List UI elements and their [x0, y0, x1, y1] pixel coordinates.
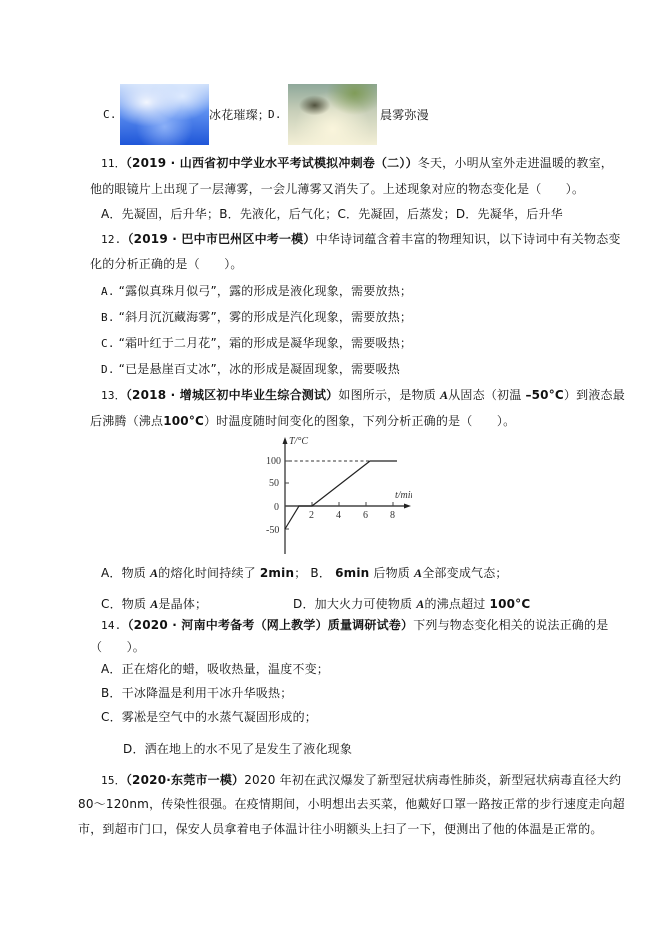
q13-number: 13．	[101, 389, 126, 402]
q10-option-c-label: C.	[103, 107, 117, 123]
temperature-time-chart: T/°C 100 50 0 -50 2 4 6 8 t/min	[252, 432, 412, 557]
q13-option-b-substance: A	[414, 566, 422, 580]
q14-stem-1: 下列与物态变化相关的说法正确的是	[413, 618, 608, 632]
q13-stem-1b: 从固态（初温	[448, 388, 521, 402]
q14-option-a: A．正在熔化的蜡，吸收热量，温度不变；	[101, 661, 329, 677]
q15-stem-2: 80～120nm，传染性很强。在疫情期间，小明想出去买菜，他戴好口罩一路按正常的…	[78, 796, 625, 812]
q14-option-d: D．洒在地上的水不见了是发生了液化现象	[123, 741, 352, 757]
q13-line-1: 13．（2018 · 增城区初中毕业生综合测试）如图所示，是物质 A从固态（初温…	[101, 387, 625, 404]
q13-source: （2018 · 增城区初中毕业生综合测试）	[126, 388, 339, 402]
chart-x-tick-4: 4	[336, 510, 341, 521]
q12-option-c-text: “霜叶红于二月花”，霜的形成是凝华现象，需要吸热；	[119, 336, 412, 350]
q13-option-d-mid: 的沸点超过	[424, 597, 485, 611]
q12-option-b: B. “斜月沉沉藏海雾”，雾的形成是汽化现象，需要放热；	[101, 309, 412, 326]
chart-y-label: T/°C	[289, 436, 308, 447]
frost-crystal-image	[120, 84, 209, 145]
q13-line-2: 后沸腾（沸点100°C）时温度随时间变化的图象，下列分析正确的是（ ）。	[90, 413, 515, 429]
q10-option-d-text: 晨雾弥漫	[380, 107, 429, 123]
q12-option-c-label: C.	[101, 337, 115, 350]
q13-option-a-value: 2min	[260, 566, 294, 580]
q12-option-c: C. “霜叶红于二月花”，霜的形成是凝华现象，需要吸热；	[101, 335, 412, 352]
q12-stem-1: 中华诗词蕴含着丰富的物理知识，以下诗词中有关物态变	[316, 232, 621, 246]
q10-option-c-text: 冰花璀璨；	[209, 107, 270, 123]
q13-option-a-b: A．物质 A的熔化时间持续了 2min； B． 6min 后物质 A全部变成气态…	[101, 565, 508, 581]
q14-source: （2020 · 河南中考备考（网上教学）质量调研试卷）	[121, 618, 413, 632]
chart-x-tick-6: 6	[363, 510, 368, 521]
q13-stem-2b: ）时温度随时间变化的图象，下列分析正确的是（ ）。	[204, 414, 515, 428]
q11-line-1: 11．（2019 · 山西省初中学业水平考试模拟冲刺卷（二））冬天，小明从室外走…	[101, 155, 613, 172]
q12-option-d-label: D.	[101, 363, 115, 376]
q15-line-1: 15．（2020·东莞市一模）2020 年初在武汉爆发了新型冠状病毒性肺炎，新型…	[101, 772, 621, 789]
morning-fog-image	[288, 84, 377, 145]
chart-y-tick-100: 100	[266, 456, 281, 467]
q13-boil-temp: 100°C	[163, 414, 204, 428]
q12-source: （2019 · 巴中市巴州区中考一模）	[121, 232, 315, 246]
q14-line-1: 14.（2020 · 河南中考备考（网上教学）质量调研试卷）下列与物态变化相关的…	[101, 617, 608, 634]
q12-option-d-text: “已是悬崖百丈冰”，冰的形成是凝固现象，需要吸热	[119, 362, 400, 376]
q11-options: A．先凝固，后升华；B．先液化，后气化；C．先凝固，后蒸发；D．先凝华，后升华	[101, 206, 563, 222]
q15-number: 15．	[101, 774, 126, 787]
q13-stem-1c: ）到液态最	[564, 388, 625, 402]
q13-option-b-mid: 后物质	[373, 566, 410, 580]
q13-option-d-pre: D．加大火力可使物质	[293, 597, 412, 611]
chart-y-tick-0: 0	[274, 502, 279, 513]
q13-option-d-value: 100°C	[490, 597, 531, 611]
q13-option-c: C．物质 A是晶体；	[101, 596, 207, 612]
q13-option-c-end: 是晶体；	[158, 597, 207, 611]
q13-stem-1a: 如图所示，是物质	[338, 388, 436, 402]
q13-option-a-pre: A．物质	[101, 566, 146, 580]
q13-option-a-end: ；	[294, 566, 306, 580]
q13-initial-temp: –50°C	[525, 388, 564, 402]
q13-option-d: D．加大火力可使物质 A的沸点超过 100°C	[293, 596, 530, 612]
q14-number: 14.	[101, 619, 121, 632]
q12-option-b-label: B.	[101, 311, 115, 324]
q14-option-c: C．雾凇是空气中的水蒸气凝固形成的；	[101, 709, 317, 725]
q13-option-a-mid: 的熔化时间持续了	[158, 566, 256, 580]
q13-option-b-pre: B．	[310, 566, 331, 580]
chart-x-tick-2: 2	[309, 510, 314, 521]
q13-option-b-end: 全部变成气态；	[422, 566, 507, 580]
chart-y-tick-50: 50	[269, 478, 279, 489]
q10-option-d-label: D.	[268, 107, 282, 123]
q12-option-b-text: “斜月沉沉藏海雾”，雾的形成是汽化现象，需要放热；	[119, 310, 412, 324]
q11-source: （2019 · 山西省初中学业水平考试模拟冲刺卷（二））	[126, 156, 418, 170]
q11-stem-1: 冬天，小明从室外走进温暖的教室，	[418, 156, 613, 170]
q12-number: 12.	[101, 233, 121, 246]
q11-number: 11．	[101, 157, 126, 170]
chart-x-tick-8: 8	[390, 510, 395, 521]
q11-stem-2: 他的眼镜片上出现了一层薄雾，一会儿薄雾又消失了。上述现象对应的物态变化是（ ）。	[90, 181, 584, 197]
chart-y-tick-neg50: -50	[266, 525, 279, 536]
q13-substance: A	[440, 388, 448, 402]
q12-line-1: 12.（2019 · 巴中市巴州区中考一模）中华诗词蕴含着丰富的物理知识，以下诗…	[101, 231, 621, 248]
q12-option-a-label: A.	[101, 285, 115, 298]
q13-option-c-pre: C．物质	[101, 597, 146, 611]
q14-option-b: B．干冰降温是利用干冰升华吸热；	[101, 685, 292, 701]
q12-option-a: A. “露似真珠月似弓”，露的形成是液化现象，需要放热；	[101, 283, 412, 300]
q15-source: （2020·东莞市一模）	[126, 773, 244, 787]
q13-option-b-value: 6min	[335, 566, 369, 580]
q12-stem-2: 化的分析正确的是（ ）。	[90, 256, 243, 272]
chart-svg: T/°C 100 50 0 -50 2 4 6 8 t/min	[252, 432, 412, 557]
chart-x-label: t/min	[395, 490, 412, 501]
q14-stem-2: （ ）。	[90, 639, 145, 655]
q13-stem-2a: 后沸腾（沸点	[90, 414, 163, 428]
q15-stem-1: 2020 年初在武汉爆发了新型冠状病毒性肺炎，新型冠状病毒直径大约	[244, 773, 621, 787]
q15-stem-3: 市，到超市门口，保安人员拿着电子体温计往小明额头上扫了一下，便测出了他的体温是正…	[78, 821, 603, 837]
q12-option-d: D. “已是悬崖百丈冰”，冰的形成是凝固现象，需要吸热	[101, 361, 400, 378]
q12-option-a-text: “露似真珠月似弓”，露的形成是液化现象，需要放热；	[119, 284, 412, 298]
